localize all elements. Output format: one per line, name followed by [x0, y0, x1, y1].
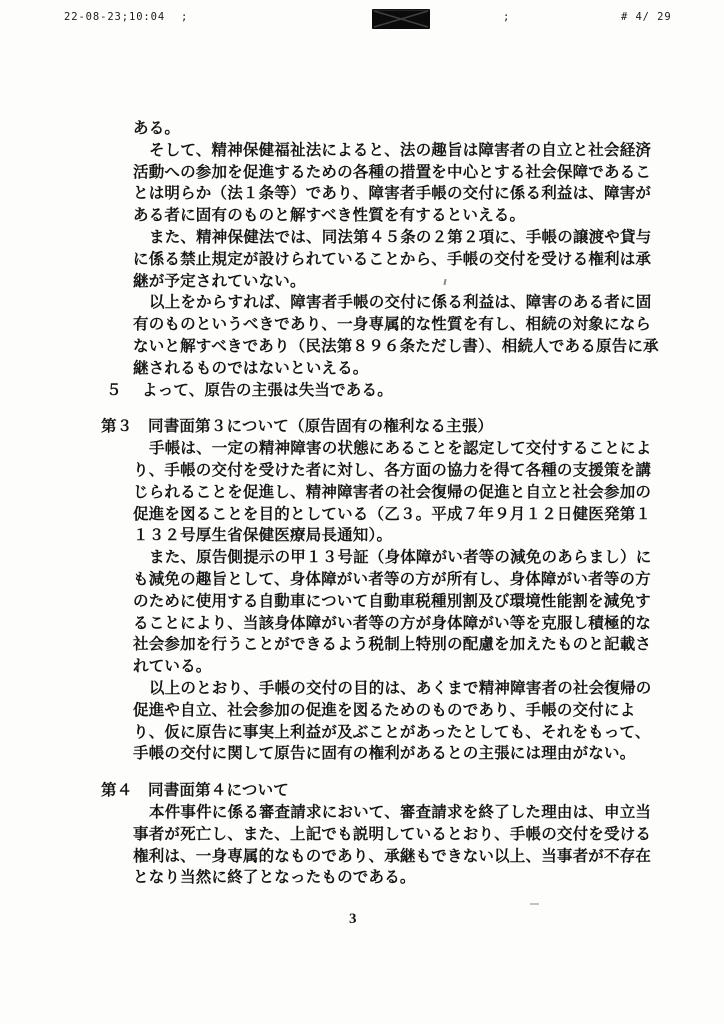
line-text: 手帳の交付に関して原告に固有の権利があるとの主張には理由がない。 — [133, 745, 635, 762]
doc-line: そして、精神保健福祉法によると、法の趣旨は障害者の自立と社会経済 — [100, 140, 680, 162]
line-text: そして、精神保健福祉法によると、法の趣旨は障害者の自立と社会経済 — [149, 142, 651, 159]
doc-line: 権利は、一身専属的なものであり、承継もできない以上、当事者が不存在 — [100, 846, 680, 868]
fax-separator-mid: ; — [503, 11, 510, 23]
line-text: 以上のとおり、手帳の交付の目的は、あくまで精神障害者の社会復帰の — [149, 680, 651, 697]
line-text: 本件事件に係る審査請求において、審査請求を終了した理由は、申立当 — [149, 804, 651, 821]
page-number: 3 — [349, 911, 357, 928]
line-text: 以上をからすれば、障害者手帳の交付に係る利益は、障害のある者に固 — [149, 294, 651, 311]
doc-line: 本件事件に係る審査請求において、審査請求を終了した理由は、申立当 — [100, 802, 680, 824]
line-text: 促進や自立、社会参加の促進を図るためのものであり、手帳の交付によ — [133, 702, 635, 719]
doc-line: ある。 — [100, 118, 680, 140]
line-text: り、手帳の交付を受けた者に対し、各方面の協力を得て各種の支援策を講 — [133, 462, 651, 479]
line-text: 社会参加を行うことができるよう税制上特別の配慮を加えたものと記載さ — [133, 636, 651, 653]
doc-line: また、精神保健法では、同法第４５条の２第２項に、手帳の譲渡や貸与 — [100, 227, 680, 249]
line-text: また、原告側提示の甲１３号証（身体障がい者等の減免のあらまし）に — [149, 549, 651, 566]
line-text: も減免の趣旨として、身体障がい者等の方が所有し、身体障がい者等の方 — [133, 571, 651, 588]
line-text: よって、原告の主張は失当である。 — [142, 382, 393, 399]
line-text: 促進を図ることを目的としている（乙３。平成７年９月１２日健医発第１ — [133, 506, 651, 523]
line-text: ないと解すべきであり（民法第８９６条ただし書）、相続人である原告に承 — [133, 338, 659, 355]
fax-timestamp: 22-08-23;10:04 — [64, 11, 165, 23]
line-text: 権利は、一身専属的なものであり、承継もできない以上、当事者が不存在 — [133, 848, 651, 865]
doc-line: 以上をからすれば、障害者手帳の交付に係る利益は、障害のある者に固 — [100, 292, 680, 314]
doc-blank-line — [100, 401, 680, 416]
line-text: 継が予定されていない。 — [133, 273, 306, 290]
line-text: また、精神保健法では、同法第４５条の２第２項に、手帳の譲渡や貸与 — [149, 229, 651, 246]
line-text: 事者が死亡し、また、上記でも説明しているとおり、手帳の交付を受ける — [133, 826, 651, 843]
document-body: ある。そして、精神保健福祉法によると、法の趣旨は障害者の自立と社会経済活動への参… — [100, 118, 680, 889]
line-label: 第３ — [101, 416, 148, 438]
doc-line: のために使用する自動車について自動車税種別割及び環境性能割を減免す — [100, 591, 680, 613]
doc-line: 活動への参加を促進するための各種の措置を中心とする社会保障であるこ — [100, 162, 680, 184]
doc-line: 事者が死亡し、また、上記でも説明しているとおり、手帳の交付を受ける — [100, 824, 680, 846]
doc-blank-line — [100, 765, 680, 780]
line-text: り、仮に原告に事実上利益が及ぶことがあったとしても、それをもって、 — [133, 724, 651, 741]
doc-line: 有のものというべきであり、一身専属的な性質を有し、相続の対象になら — [100, 314, 680, 336]
line-text: となり当然に終了となったものである。 — [133, 869, 416, 886]
doc-line: とは明らか（法１条等）であり、障害者手帳の交付に係る利益は、障害が — [100, 183, 680, 205]
line-label: ５ — [106, 380, 142, 402]
doc-line: また、原告側提示の甲１３号証（身体障がい者等の減免のあらまし）に — [100, 547, 680, 569]
doc-line: 継されるものではないといえる。 — [100, 358, 680, 380]
doc-line: ５よって、原告の主張は失当である。 — [100, 380, 680, 402]
fax-header: 22-08-23;10:04 ; ; # 4/ 29 — [0, 0, 724, 40]
line-text: に係る禁止規定が設けられていることから、手帳の交付を受ける権利は承 — [133, 251, 651, 268]
line-text: 手帳は、一定の精神障害の状態にあることを認定して交付することによ — [149, 440, 651, 457]
doc-line: じられることを促進し、精神障害者の社会復帰の促進と自立と社会参加の — [100, 482, 680, 504]
line-text: れている。 — [133, 658, 212, 675]
doc-line: 促進や自立、社会参加の促進を図るためのものであり、手帳の交付によ — [100, 700, 680, 722]
line-text: のために使用する自動車について自動車税種別割及び環境性能割を減免す — [133, 593, 651, 610]
doc-line: 継が予定されていない。 — [100, 271, 680, 293]
doc-line: 社会参加を行うことができるよう税制上特別の配慮を加えたものと記載さ — [100, 634, 680, 656]
doc-line: 以上のとおり、手帳の交付の目的は、あくまで精神障害者の社会復帰の — [100, 678, 680, 700]
doc-line: １３２号厚生省保健医療局長通知）。 — [100, 525, 680, 547]
doc-heading-line: 第３同書面第３について（原告固有の権利なる主張） — [100, 416, 680, 438]
line-text: 同書面第４について — [148, 782, 289, 799]
doc-line: 促進を図ることを目的としている（乙３。平成７年９月１２日健医発第１ — [100, 504, 680, 526]
fax-separator-left: ; — [181, 11, 188, 23]
line-label: 第４ — [101, 780, 148, 802]
redaction-stamp-icon — [372, 9, 430, 29]
doc-line: に係る禁止規定が設けられていることから、手帳の交付を受ける権利は承 — [100, 249, 680, 271]
line-text: 継されるものではないといえる。 — [133, 360, 369, 377]
line-text: １３２号厚生省保健医療局長通知）。 — [133, 527, 392, 544]
line-text: ある。 — [133, 120, 180, 137]
line-text: とは明らか（法１条等）であり、障害者手帳の交付に係る利益は、障害が — [133, 185, 651, 202]
line-text: 活動への参加を促進するための各種の措置を中心とする社会保障であるこ — [133, 164, 651, 181]
doc-line: ないと解すべきであり（民法第８９６条ただし書）、相続人である原告に承 — [100, 336, 680, 358]
doc-line: ることにより、当該身体障がい者等の方が身体障がい等を克服し積極的な — [100, 613, 680, 635]
line-text: ることにより、当該身体障がい者等の方が身体障がい等を克服し積極的な — [133, 615, 651, 632]
doc-line: ある者に固有のものと解すべき性質を有するといえる。 — [100, 205, 680, 227]
fax-document-page: 22-08-23;10:04 ; ; # 4/ 29 ある。そして、精神保健福祉… — [0, 0, 724, 1024]
doc-line: も減免の趣旨として、身体障がい者等の方が所有し、身体障がい者等の方 — [100, 569, 680, 591]
doc-line: り、手帳の交付を受けた者に対し、各方面の協力を得て各種の支援策を講 — [100, 460, 680, 482]
scan-noise-speck — [530, 903, 539, 905]
doc-line: 手帳の交付に関して原告に固有の権利があるとの主張には理由がない。 — [100, 743, 680, 765]
fax-page-counter: # 4/ 29 — [621, 11, 672, 23]
line-text: 同書面第３について（原告固有の権利なる主張） — [148, 418, 493, 435]
doc-line: れている。 — [100, 656, 680, 678]
doc-line: 手帳は、一定の精神障害の状態にあることを認定して交付することによ — [100, 438, 680, 460]
line-text: じられることを促進し、精神障害者の社会復帰の促進と自立と社会参加の — [133, 484, 651, 501]
doc-heading-line: 第４同書面第４について — [100, 780, 680, 802]
line-text: ある者に固有のものと解すべき性質を有するといえる。 — [133, 207, 525, 224]
doc-line: となり当然に終了となったものである。 — [100, 867, 680, 889]
doc-line: り、仮に原告に事実上利益が及ぶことがあったとしても、それをもって、 — [100, 722, 680, 744]
line-text: 有のものというべきであり、一身専属的な性質を有し、相続の対象になら — [133, 316, 651, 333]
